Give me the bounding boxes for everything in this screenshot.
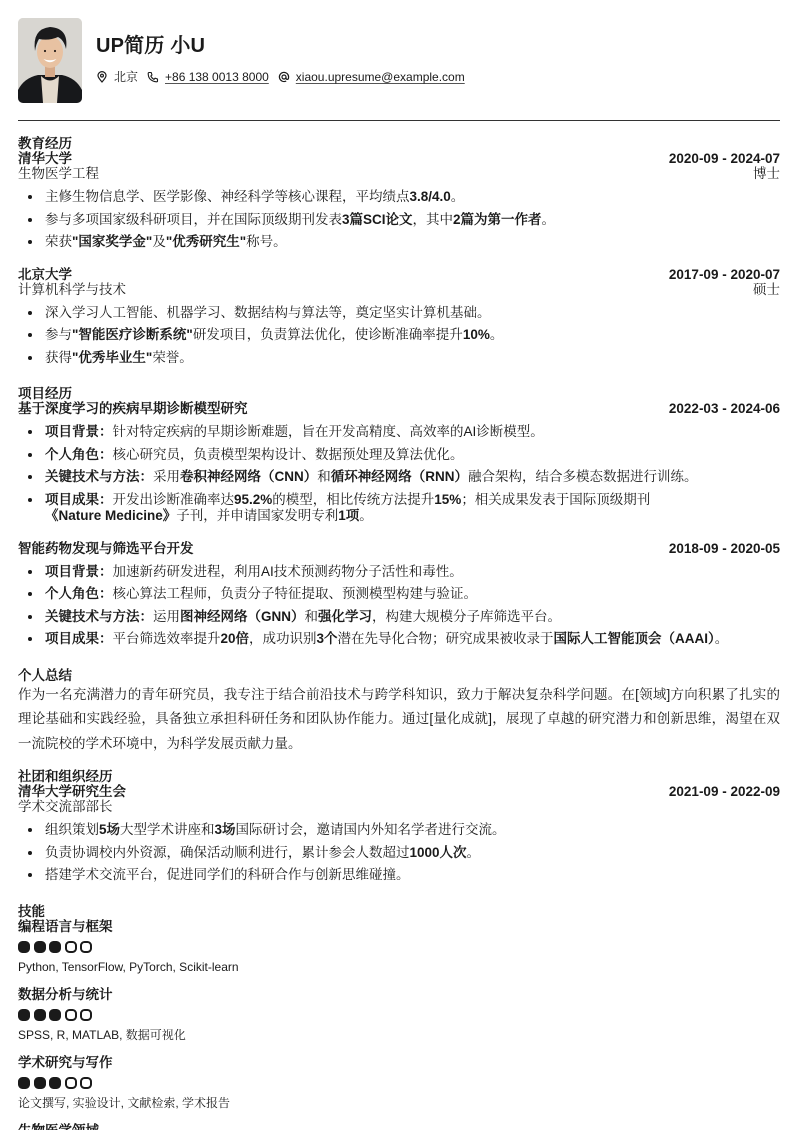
text-segment: 荣获 xyxy=(45,234,72,249)
rating-dot-icon xyxy=(34,941,46,953)
emphasis-text: 1项 xyxy=(338,508,359,523)
entry-subheader: 学术交流部部长 xyxy=(18,799,780,814)
school-name: 北京大学 xyxy=(18,267,72,282)
emphasis-text: 5场 xyxy=(99,822,120,837)
rating-dot-icon xyxy=(18,941,30,953)
skill-level-rating xyxy=(18,1009,780,1021)
text-segment: 获得 xyxy=(45,350,72,365)
contact-email: xiaou.upresume@example.com xyxy=(278,69,465,85)
bullet-list: 项目背景：加速新药研发进程，利用AI技术预测药物分子活性和毒性。 个人角色：核心… xyxy=(18,564,780,648)
skill-group: 编程语言与框架 Python, TensorFlow, PyTorch, Sci… xyxy=(18,919,780,976)
bullet-item: 项目背景：加速新药研发进程，利用AI技术预测药物分子活性和毒性。 xyxy=(18,564,780,581)
rating-dot-icon xyxy=(65,1009,77,1021)
text-segment: 深入学习人工智能、机器学习、数据结构与算法等，奠定坚实计算机基础。 xyxy=(45,305,491,320)
skill-name: 学术研究与写作 xyxy=(18,1055,780,1070)
text-segment: ；相关成果发表于国际顶级期刊 xyxy=(461,492,650,507)
text-segment: 。 xyxy=(542,212,556,227)
section-title: 个人总结 xyxy=(18,668,780,683)
text-segment: 国际研讨会，邀请国内外知名学者进行交流。 xyxy=(236,822,506,837)
text-segment: 针对特定疾病的早期诊断难题，旨在开发高精度、高效率的AI诊断模型。 xyxy=(113,424,544,439)
emphasis-text: 3.8/4.0 xyxy=(410,189,451,204)
text-segment: 主修生物信息学、医学影像、神经科学等核心课程，平均绩点 xyxy=(45,189,410,204)
project-entry: 智能药物发现与筛选平台开发 2018-09 - 2020-05 项目背景：加速新… xyxy=(18,541,780,648)
rating-dot-icon xyxy=(80,1077,92,1089)
emphasis-text: "智能医疗诊断系统" xyxy=(72,327,193,342)
emphasis-text: 1000人次 xyxy=(410,845,467,860)
section-title: 项目经历 xyxy=(18,386,780,401)
emphasis-text: 3篇SCI论文 xyxy=(342,212,413,227)
text-segment: 核心研究员，负责模型架构设计、数据预处理及算法优化。 xyxy=(113,447,464,462)
rating-dot-icon xyxy=(65,941,77,953)
major: 计算机科学与技术 xyxy=(18,282,126,297)
avatar-portrait-icon xyxy=(18,18,82,103)
role: 学术交流部部长 xyxy=(18,799,113,814)
summary-section: 个人总结 作为一名充满潜力的青年研究员，我专注于结合前沿技术与跨学科知识，致力于… xyxy=(18,668,780,757)
emphasis-text: 卷积神经网络（CNN） xyxy=(180,469,317,484)
skill-group: 数据分析与统计 SPSS, R, MATLAB, 数据可视化 xyxy=(18,987,780,1044)
bullet-item: 主修生物信息学、医学影像、神经科学等核心课程，平均绩点3.8/4.0。 xyxy=(18,189,780,206)
emphasis-text: 项目背景： xyxy=(45,564,113,579)
date-range: 2017-09 - 2020-07 xyxy=(669,267,780,282)
bullet-list: 组织策划5场大型学术讲座和3场国际研讨会，邀请国内外知名学者进行交流。 负责协调… xyxy=(18,822,780,884)
rating-dot-icon xyxy=(80,1009,92,1021)
entry-subheader: 生物医学工程 博士 xyxy=(18,166,780,181)
bullet-item: 参与多项国家级科研项目，并在国际顶级期刊发表3篇SCI论文，其中2篇为第一作者。 xyxy=(18,212,780,229)
text-segment: 搭建学术交流平台，促进同学们的科研合作与创新思维碰撞。 xyxy=(45,867,410,882)
text-segment: 荣誉。 xyxy=(152,350,193,365)
organization-entry: 清华大学研究生会 2021-09 - 2022-09 学术交流部部长 组织策划5… xyxy=(18,784,780,884)
bullet-item: 项目背景：针对特定疾病的早期诊断难题，旨在开发高精度、高效率的AI诊断模型。 xyxy=(18,424,780,441)
bullet-list: 项目背景：针对特定疾病的早期诊断难题，旨在开发高精度、高效率的AI诊断模型。 个… xyxy=(18,424,780,525)
rating-dot-icon xyxy=(18,1077,30,1089)
degree: 硕士 xyxy=(753,282,780,297)
map-pin-icon xyxy=(96,71,108,83)
text-segment: 。 xyxy=(467,845,481,860)
bullet-list: 主修生物信息学、医学影像、神经科学等核心课程，平均绩点3.8/4.0。 参与多项… xyxy=(18,189,780,251)
text-segment: ，构建大规模分子库筛选平台。 xyxy=(372,609,561,624)
bullet-item: 搭建学术交流平台，促进同学们的科研合作与创新思维碰撞。 xyxy=(18,867,780,884)
bullet-item: 深入学习人工智能、机器学习、数据结构与算法等，奠定坚实计算机基础。 xyxy=(18,305,780,322)
text-segment: 组织策划 xyxy=(45,822,99,837)
emphasis-text: 个人角色： xyxy=(45,586,113,601)
text-segment: 采用 xyxy=(153,469,180,484)
resume-body: 教育经历 清华大学 2020-09 - 2024-07 生物医学工程 博士 主修… xyxy=(18,121,780,1130)
projects-section: 项目经历 基于深度学习的疾病早期诊断模型研究 2022-03 - 2024-06… xyxy=(18,386,780,648)
rating-dot-icon xyxy=(34,1009,46,1021)
rating-dot-icon xyxy=(65,1077,77,1089)
project-entry: 基于深度学习的疾病早期诊断模型研究 2022-03 - 2024-06 项目背景… xyxy=(18,401,780,525)
text-segment: 和 xyxy=(305,609,319,624)
emphasis-text: "优秀毕业生" xyxy=(72,350,152,365)
emphasis-text: 3场 xyxy=(215,822,236,837)
text-segment: 及 xyxy=(152,234,166,249)
text-segment: 。 xyxy=(715,631,729,646)
rating-dot-icon xyxy=(80,941,92,953)
text-segment: 和 xyxy=(317,469,331,484)
emphasis-text: 项目背景： xyxy=(45,424,113,439)
bullet-item: 项目成果：平台筛选效率提升20倍，成功识别3个潜在先导化合物；研究成果被收录于国… xyxy=(18,631,780,648)
text-segment: 负责协调校内外资源，确保活动顺利进行，累计参会人数超过 xyxy=(45,845,410,860)
bullet-list: 深入学习人工智能、机器学习、数据结构与算法等，奠定坚实计算机基础。 参与"智能医… xyxy=(18,305,780,367)
text-segment: 子刊，并申请国家发明专利 xyxy=(176,508,338,523)
education-entry: 清华大学 2020-09 - 2024-07 生物医学工程 博士 主修生物信息学… xyxy=(18,151,780,251)
emphasis-text: "优秀研究生" xyxy=(166,234,246,249)
entry-header: 基于深度学习的疾病早期诊断模型研究 2022-03 - 2024-06 xyxy=(18,401,780,416)
bullet-item: 荣获"国家奖学金"及"优秀研究生"称号。 xyxy=(18,234,780,251)
bullet-item: 参与"智能医疗诊断系统"研发项目，负责算法优化，使诊断准确率提升10%。 xyxy=(18,327,780,344)
organizations-section: 社团和组织经历 清华大学研究生会 2021-09 - 2022-09 学术交流部… xyxy=(18,769,780,884)
contact-info: 北京 +86 138 0013 8000 xiaou.upresume@exam… xyxy=(96,69,474,85)
location-text: 北京 xyxy=(114,69,138,85)
skill-keywords: SPSS, R, MATLAB, 数据可视化 xyxy=(18,1027,780,1043)
skill-name: 数据分析与统计 xyxy=(18,987,780,1002)
bullet-item: 获得"优秀毕业生"荣誉。 xyxy=(18,350,780,367)
emphasis-text: 国际人工智能顶会（AAAI） xyxy=(554,631,715,646)
text-segment: ，成功识别 xyxy=(249,631,317,646)
project-name: 基于深度学习的疾病早期诊断模型研究 xyxy=(18,401,248,416)
rating-dot-icon xyxy=(34,1077,46,1089)
text-segment: 加速新药研发进程，利用AI技术预测药物分子活性和毒性。 xyxy=(113,564,463,579)
text-segment: 融合架构，结合多模态数据进行训练。 xyxy=(468,469,698,484)
emphasis-text: 《Nature Medicine》 xyxy=(45,508,176,523)
text-segment: 。 xyxy=(490,327,504,342)
summary-paragraph: 作为一名充满潜力的青年研究员，我专注于结合前沿技术与跨学科知识，致力于解决复杂科… xyxy=(18,683,780,757)
emphasis-text: 强化学习 xyxy=(318,609,372,624)
text-segment: 。 xyxy=(451,189,465,204)
emphasis-text: 关键技术与方法： xyxy=(45,609,153,624)
school-name: 清华大学 xyxy=(18,151,72,166)
bullet-item: 负责协调校内外资源，确保活动顺利进行，累计参会人数超过1000人次。 xyxy=(18,845,780,862)
rating-dot-icon xyxy=(49,941,61,953)
skills-section: 技能 编程语言与框架 Python, TensorFlow, PyTorch, … xyxy=(18,904,780,1130)
profile-photo xyxy=(18,18,82,103)
text-segment: 参与 xyxy=(45,327,72,342)
major: 生物医学工程 xyxy=(18,166,99,181)
emphasis-text: 关键技术与方法： xyxy=(45,469,153,484)
text-segment: 潜在先导化合物；研究成果被收录于 xyxy=(338,631,554,646)
text-segment: 核心算法工程师，负责分子特征提取、预测模型构建与验证。 xyxy=(113,586,478,601)
section-title: 技能 xyxy=(18,904,780,919)
skill-keywords: 论文撰写, 实验设计, 文献检索, 学术报告 xyxy=(18,1095,780,1111)
degree: 博士 xyxy=(753,166,780,181)
text-segment: 开发出诊断准确率达 xyxy=(113,492,235,507)
header-divider xyxy=(18,120,780,121)
rating-dot-icon xyxy=(18,1009,30,1021)
text-segment: 的模型，相比传统方法提升 xyxy=(272,492,434,507)
bullet-item: 个人角色：核心算法工程师，负责分子特征提取、预测模型构建与验证。 xyxy=(18,586,780,603)
contact-location: 北京 xyxy=(96,69,138,85)
emphasis-text: 2篇为第一作者 xyxy=(453,212,542,227)
email-link[interactable]: xiaou.upresume@example.com xyxy=(296,69,465,85)
section-title: 教育经历 xyxy=(18,136,780,151)
bullet-item: 关键技术与方法：采用卷积神经网络（CNN）和循环神经网络（RNN）融合架构，结合… xyxy=(18,469,780,486)
emphasis-text: 95.2% xyxy=(234,492,272,507)
text-segment: 参与多项国家级科研项目，并在国际顶级期刊发表 xyxy=(45,212,342,227)
rating-dot-icon xyxy=(49,1077,61,1089)
entry-header: 智能药物发现与筛选平台开发 2018-09 - 2020-05 xyxy=(18,541,780,556)
entry-header: 北京大学 2017-09 - 2020-07 xyxy=(18,267,780,282)
text-segment: 。 xyxy=(359,508,373,523)
organization-name: 清华大学研究生会 xyxy=(18,784,126,799)
emphasis-text: 个人角色： xyxy=(45,447,113,462)
emphasis-text: 项目成果： xyxy=(45,492,113,507)
emphasis-text: 15% xyxy=(434,492,461,507)
contact-phone: +86 138 0013 8000 xyxy=(147,69,269,85)
project-name: 智能药物发现与筛选平台开发 xyxy=(18,541,194,556)
rating-dot-icon xyxy=(49,1009,61,1021)
skill-keywords: Python, TensorFlow, PyTorch, Scikit-lear… xyxy=(18,959,780,975)
text-segment: 运用 xyxy=(153,609,180,624)
candidate-name: UP简历 小U xyxy=(96,34,205,58)
phone-icon xyxy=(147,71,159,83)
entry-header: 清华大学 2020-09 - 2024-07 xyxy=(18,151,780,166)
resume-header: UP简历 小U 北京 +86 138 0013 8000 xiaou.upres… xyxy=(18,0,780,121)
skill-level-rating xyxy=(18,1077,780,1089)
entry-subheader: 计算机科学与技术 硕士 xyxy=(18,282,780,297)
skill-group: 学术研究与写作 论文撰写, 实验设计, 文献检索, 学术报告 xyxy=(18,1055,780,1112)
emphasis-text: "国家奖学金" xyxy=(72,234,152,249)
text-segment: 称号。 xyxy=(246,234,287,249)
at-sign-icon xyxy=(278,71,290,83)
emphasis-text: 图神经网络（GNN） xyxy=(180,609,305,624)
emphasis-text: 20倍 xyxy=(221,631,250,646)
entry-header: 清华大学研究生会 2021-09 - 2022-09 xyxy=(18,784,780,799)
bullet-item: 项目成果：开发出诊断准确率达95.2%的模型，相比传统方法提升15%；相关成果发… xyxy=(18,492,780,525)
emphasis-text: 项目成果： xyxy=(45,631,113,646)
date-range: 2022-03 - 2024-06 xyxy=(669,401,780,416)
bullet-item: 个人角色：核心研究员，负责模型架构设计、数据预处理及算法优化。 xyxy=(18,447,780,464)
education-entry: 北京大学 2017-09 - 2020-07 计算机科学与技术 硕士 深入学习人… xyxy=(18,267,780,367)
phone-link[interactable]: +86 138 0013 8000 xyxy=(165,69,269,85)
skill-group: 生物医学领域 xyxy=(18,1123,780,1130)
date-range: 2018-09 - 2020-05 xyxy=(669,541,780,556)
bullet-item: 关键技术与方法：运用图神经网络（GNN）和强化学习，构建大规模分子库筛选平台。 xyxy=(18,609,780,626)
section-title: 社团和组织经历 xyxy=(18,769,780,784)
skill-name: 生物医学领域 xyxy=(18,1123,780,1130)
skill-name: 编程语言与框架 xyxy=(18,919,780,934)
bullet-item: 组织策划5场大型学术讲座和3场国际研讨会，邀请国内外知名学者进行交流。 xyxy=(18,822,780,839)
resume-page: UP简历 小U 北京 +86 138 0013 8000 xiaou.upres… xyxy=(0,0,799,1130)
emphasis-text: 10% xyxy=(463,327,490,342)
text-segment: 研发项目，负责算法优化，使诊断准确率提升 xyxy=(193,327,463,342)
text-segment: 平台筛选效率提升 xyxy=(113,631,221,646)
skill-level-rating xyxy=(18,941,780,953)
education-section: 教育经历 清华大学 2020-09 - 2024-07 生物医学工程 博士 主修… xyxy=(18,136,780,366)
emphasis-text: 3个 xyxy=(317,631,338,646)
text-segment: 大型学术讲座和 xyxy=(120,822,215,837)
emphasis-text: 循环神经网络（RNN） xyxy=(331,469,468,484)
text-segment: ，其中 xyxy=(413,212,454,227)
date-range: 2020-09 - 2024-07 xyxy=(669,151,780,166)
date-range: 2021-09 - 2022-09 xyxy=(669,784,780,799)
